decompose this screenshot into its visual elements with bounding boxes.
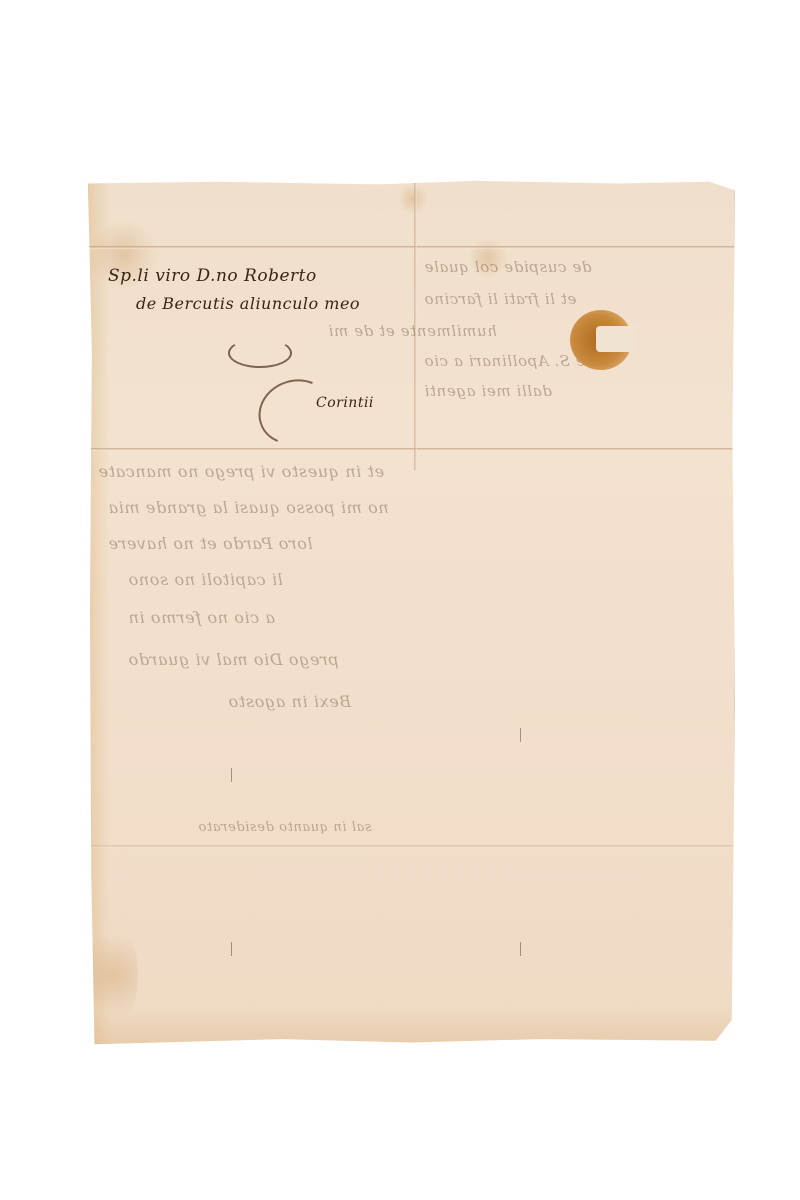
bleed-text: de S. Apollinari a cio bbox=[424, 352, 595, 370]
address-line-1: Sp.li viro D.no Roberto bbox=[108, 266, 317, 286]
fold-line-middle bbox=[88, 448, 735, 451]
bleed-text: li capitoli no sono bbox=[128, 570, 283, 589]
bleed-text: sal in quanto desiderato bbox=[198, 820, 372, 835]
bleed-text: de cuspide col quale bbox=[424, 258, 592, 276]
fold-line-lower bbox=[88, 845, 735, 848]
fold-line-top bbox=[88, 246, 735, 249]
bleed-text: dalli mei agenti bbox=[424, 382, 552, 400]
bleed-text: et in questo vi prego no mancate bbox=[98, 462, 384, 481]
ink-flourish bbox=[249, 369, 340, 454]
bleed-text: et li frati li farcino bbox=[424, 290, 576, 308]
bleed-text: Bexi in agosto bbox=[228, 692, 351, 711]
edge-staining-left bbox=[88, 180, 110, 1046]
address-line-2: de Bercutis aliunculo meo bbox=[136, 294, 360, 313]
pinhole-mark bbox=[231, 942, 232, 956]
manuscript-sheet: de cuspide col quale et li frati li farc… bbox=[88, 180, 735, 1046]
bleed-text: humilmente et de mi bbox=[328, 322, 497, 340]
bleed-text: no mi posso quasi la grande mia bbox=[108, 498, 389, 517]
ink-flourish bbox=[228, 338, 292, 368]
bleed-text: prego Dio mal vi guardo bbox=[128, 650, 339, 669]
bleed-text: a cio no fermo in bbox=[128, 608, 275, 627]
edge-staining-bottom bbox=[88, 1006, 735, 1046]
seal-tear bbox=[596, 326, 636, 352]
foxing-stain bbox=[398, 184, 428, 214]
photo-background: de cuspide col quale et li frati li farc… bbox=[0, 0, 800, 1200]
signature: Corintii bbox=[316, 395, 374, 411]
pinhole-mark bbox=[520, 942, 521, 956]
bleed-text: loro Pardo et no havere bbox=[108, 534, 313, 553]
pinhole-mark bbox=[520, 728, 521, 742]
foxing-stain bbox=[88, 920, 138, 1030]
pinhole-mark bbox=[231, 768, 232, 782]
